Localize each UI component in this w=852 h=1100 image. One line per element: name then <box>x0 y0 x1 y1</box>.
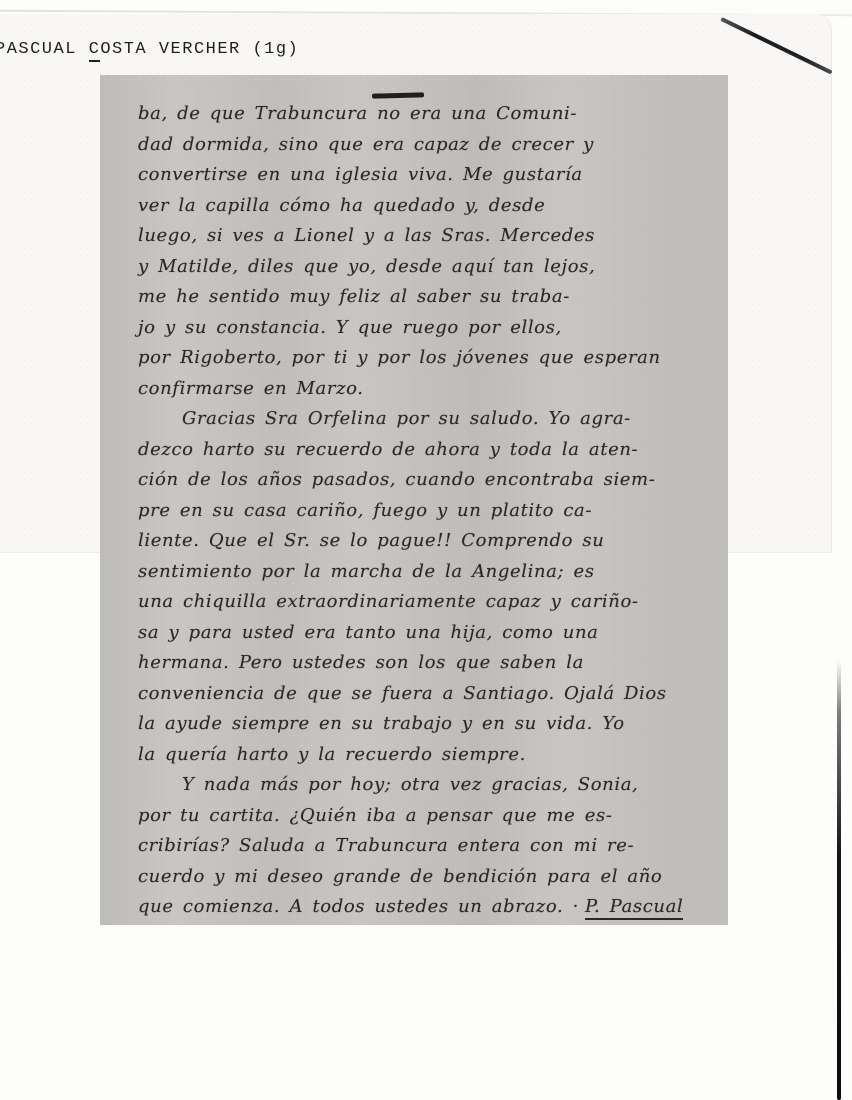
letter-line: luego, si ves a Lionel y a las Sras. Mer… <box>138 221 714 252</box>
scan-edge-artifact <box>837 660 841 1100</box>
letter-line: Gracias Sra Orfelina por su saludo. Yo a… <box>138 404 714 435</box>
letter-line: jo y su constancia. Y que ruego por ello… <box>138 313 714 344</box>
letter-line: y Matilde, diles que yo, desde aquí tan … <box>138 252 714 283</box>
letter-line: confirmarse en Marzo. <box>138 374 714 405</box>
letter-line: me he sentido muy feliz al saber su trab… <box>138 282 714 313</box>
page-separator-mark <box>372 92 424 98</box>
letter-line: sentimiento por la marcha de la Angelina… <box>138 557 714 588</box>
document-header: PASCUAL COSTA VERCHER (1g) <box>0 40 299 59</box>
letter-line: una chiquilla extraordinariamente capaz … <box>138 587 714 618</box>
header-name-prefix: PASCUAL <box>0 40 89 59</box>
letter-line: liente. Que el Sr. se lo pague!! Compren… <box>138 526 714 557</box>
letter-line: dezco harto su recuerdo de ahora y toda … <box>138 435 714 466</box>
letter-line: por Rigoberto, por ti y por los jóvenes … <box>138 343 714 374</box>
letter-line: ver la capilla cómo ha quedado y, desde <box>138 191 714 222</box>
closing-text: que comienza. A todos ustedes un abrazo.… <box>138 896 579 917</box>
letter-line: ba, de que Trabuncura no era una Comuni- <box>138 99 714 130</box>
letter-line: sa y para usted era tanto una hija, como… <box>138 618 714 649</box>
letter-line: por tu cartita. ¿Quién iba a pensar que … <box>138 801 714 832</box>
letter-line: cuerdo y mi deseo grande de bendición pa… <box>138 862 714 893</box>
header-name-suffix: OSTA VERCHER (1g) <box>100 40 299 59</box>
letter-line: cribirías? Saluda a Trabuncura entera co… <box>138 831 714 862</box>
letter-line: Y nada más por hoy; otra vez gracias, So… <box>138 770 714 801</box>
letter-body: ba, de que Trabuncura no era una Comuni-… <box>100 99 728 923</box>
letter-line: ción de los años pasados, cuando encontr… <box>138 465 714 496</box>
letter-line: pre en su casa cariño, fuego y un platit… <box>138 496 714 527</box>
letter-line: conveniencia de que se fuera a Santiago.… <box>138 679 714 710</box>
letter-line: convertirse en una iglesia viva. Me gust… <box>138 160 714 191</box>
letter-closing-line: que comienza. A todos ustedes un abrazo.… <box>138 892 714 923</box>
signature: P. Pascual <box>585 896 683 920</box>
header-underlined-letter: C <box>89 40 101 62</box>
letter-line: la quería harto y la recuerdo siempre. <box>138 740 714 771</box>
letter-page: ba, de que Trabuncura no era una Comuni-… <box>100 75 728 925</box>
letter-line: hermana. Pero ustedes son los que saben … <box>138 648 714 679</box>
letter-line: dad dormida, sino que era capaz de crece… <box>138 130 714 161</box>
scanned-document: PASCUAL COSTA VERCHER (1g) ba, de que Tr… <box>0 0 852 1100</box>
letter-line: la ayude siempre en su trabajo y en su v… <box>138 709 714 740</box>
